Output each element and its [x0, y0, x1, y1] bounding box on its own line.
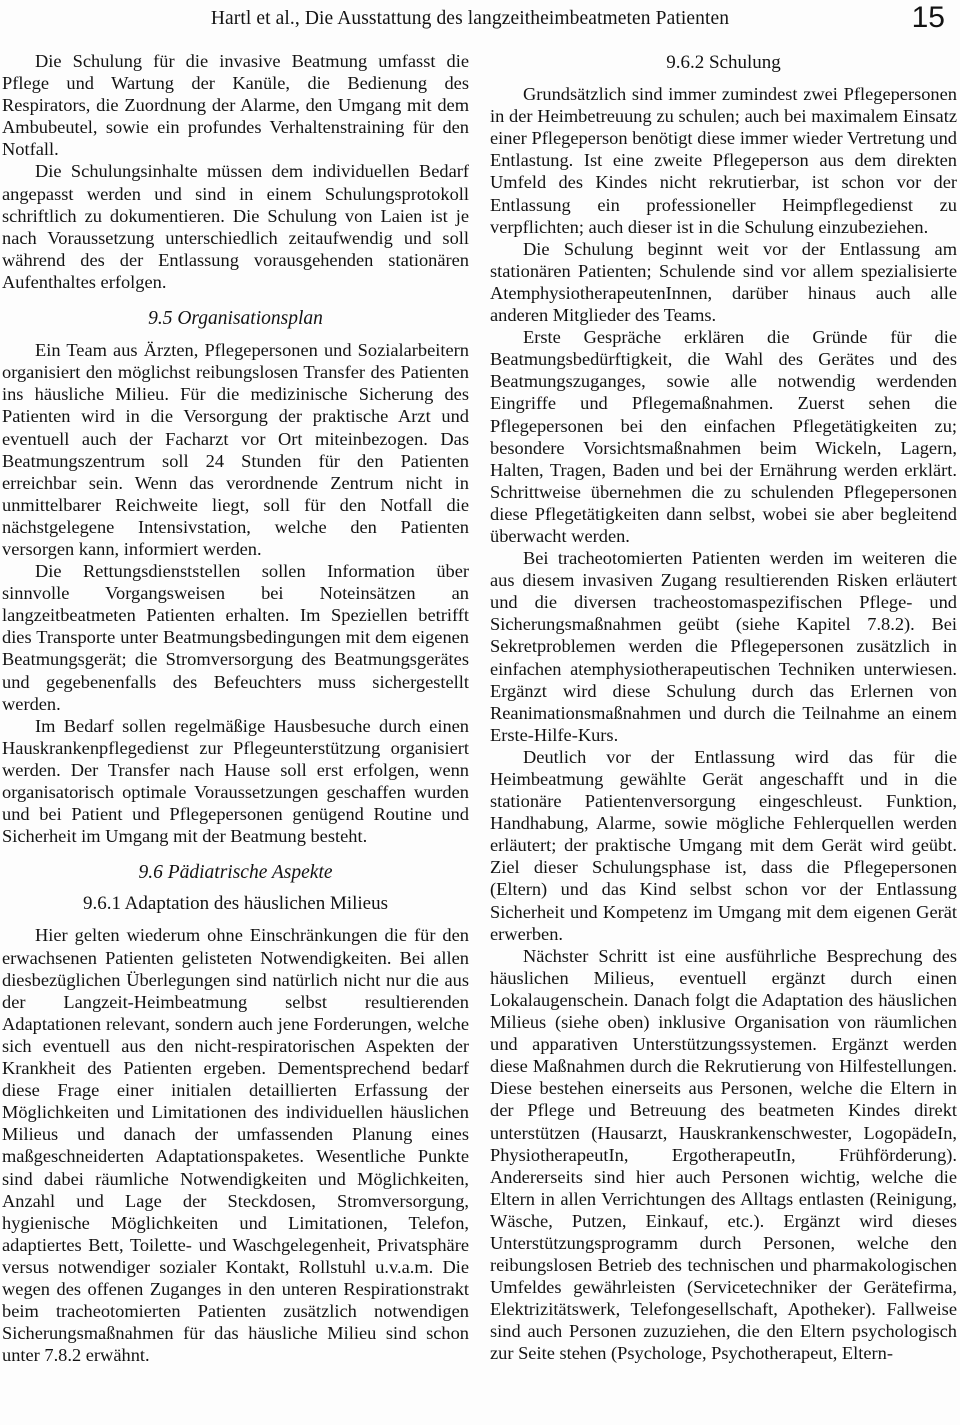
section-heading: 9.5 Organisationsplan: [2, 308, 469, 330]
document-page: Hartl et al., Die Ausstattung des langze…: [0, 0, 960, 1425]
left-column: Die Schulung für die invasive Beatmung u…: [2, 50, 469, 1366]
section-heading: 9.6.2 Schulung: [490, 52, 957, 74]
body-paragraph: Die Rettungsdienststellen sollen Informa…: [2, 560, 469, 715]
body-paragraph: Nächster Schritt ist eine ausführliche B…: [490, 945, 957, 1365]
body-paragraph: Ein Team aus Ärzten, Pflegepersonen und …: [2, 339, 469, 560]
body-paragraph: Deutlich vor der Entlassung wird das für…: [490, 746, 957, 945]
body-paragraph: Bei tracheotomierten Patienten werden im…: [490, 547, 957, 746]
body-paragraph: Die Schulungsinhalte müssen dem individu…: [2, 160, 469, 293]
page-header: Hartl et al., Die Ausstattung des langze…: [0, 0, 960, 50]
body-paragraph: Im Bedarf sollen regelmäßige Hausbesuche…: [2, 715, 469, 848]
section-heading: 9.6.1 Adaptation des häuslichen Milieus: [2, 893, 469, 915]
running-title: Hartl et al., Die Ausstattung des langze…: [0, 8, 940, 30]
body-paragraph: Die Schulung für die invasive Beatmung u…: [2, 50, 469, 160]
body-paragraph: Erste Gespräche erklären die Gründe für …: [490, 326, 957, 547]
body-paragraph: Hier gelten wiederum ohne Einschränkunge…: [2, 924, 469, 1366]
section-heading: 9.6 Pädiatrische Aspekte: [2, 862, 469, 884]
body-paragraph: Die Schulung beginnt weit vor der Entlas…: [490, 238, 957, 326]
right-column: 9.6.2 SchulungGrundsätzlich sind immer z…: [490, 50, 957, 1366]
page-number: 15: [912, 3, 945, 33]
two-column-body: Die Schulung für die invasive Beatmung u…: [0, 50, 960, 1366]
body-paragraph: Grundsätzlich sind immer zumindest zwei …: [490, 83, 957, 238]
